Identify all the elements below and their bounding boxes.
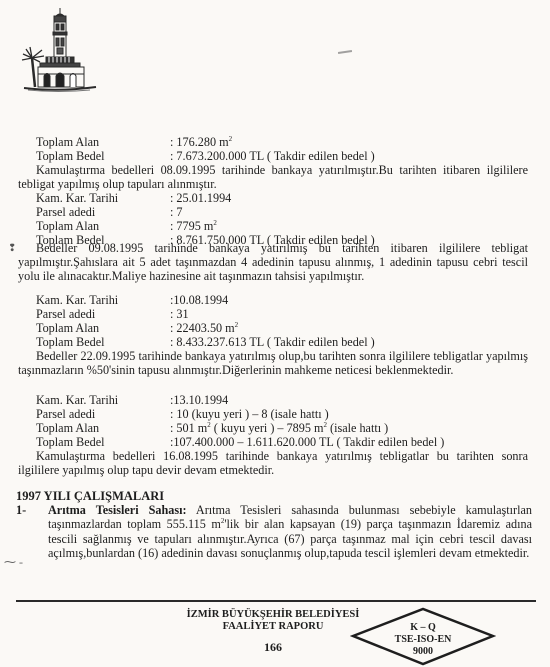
label-toplam-alan: Toplam Alan (36, 421, 99, 435)
value-toplam-bedel: :107.400.000 – 1.611.620.000 TL ( Takdir… (170, 435, 444, 449)
label-toplam-alan: Toplam Alan (36, 219, 99, 233)
label-kam-kar-tarihi: Kam. Kar. Tarihi (36, 393, 118, 407)
paragraph: Kamulaştırma bedelleri 16.08.1995 tarihi… (18, 449, 528, 477)
margin-mark: ❢ (8, 243, 16, 254)
value-toplam-alan: : 7795 m2 (170, 219, 217, 233)
label-parsel-adedi: Parsel adedi (36, 205, 95, 219)
value-kam-kar-tarihi: :10.08.1994 (170, 293, 228, 307)
footer-divider (16, 600, 536, 602)
label-toplam-bedel: Toplam Bedel (36, 435, 105, 449)
value-kam-kar-tarihi: : 25.01.1994 (170, 191, 231, 205)
paragraph: Bedeller 22.09.1995 tarihinde bankaya ya… (18, 349, 528, 377)
value-toplam-alan: : 501 m2 ( kuyu yeri ) – 7895 m2 (isale … (170, 421, 388, 435)
value-parsel-adedi: : 31 (170, 307, 189, 321)
label-parsel-adedi: Parsel adedi (36, 407, 95, 421)
value-toplam-alan: : 176.280 m2 (170, 135, 232, 149)
value-parsel-adedi: : 10 (kuyu yeri ) – 8 (isale hattı ) (170, 407, 329, 421)
value-toplam-alan: : 22403.50 m2 (170, 321, 238, 335)
document-page: Toplam Alan : 176.280 m2 Toplam Bedel : … (0, 0, 550, 667)
value-parsel-adedi: : 7 (170, 205, 183, 219)
section-heading: 1997 YILI ÇALIŞMALARI (16, 489, 164, 504)
label-toplam-alan: Toplam Alan (36, 135, 99, 149)
label-toplam-alan: Toplam Alan (36, 321, 99, 335)
item-body: Arıtma Tesisleri Sahası: Arıtma Tesisler… (48, 503, 532, 560)
label-parsel-adedi: Parsel adedi (36, 307, 95, 321)
value-kam-kar-tarihi: :13.10.1994 (170, 393, 228, 407)
izmir-clock-tower-icon (18, 4, 100, 94)
margin-mark: ⁓ ‐ (4, 555, 23, 570)
item-title: Arıtma Tesisleri Sahası: (48, 503, 187, 517)
paragraph: Bedeller 09.08.1995 tarihinde bankaya ya… (18, 241, 528, 284)
paragraph: Kamulaştırma bedelleri 08.09.1995 tarihi… (18, 163, 528, 191)
label-kam-kar-tarihi: Kam. Kar. Tarihi (36, 293, 118, 307)
page-number: 166 (220, 640, 326, 655)
value-toplam-bedel: : 8.433.237.613 TL ( Takdir edilen bedel… (170, 335, 375, 349)
scan-artifact (338, 50, 352, 54)
value-toplam-bedel: : 7.673.200.000 TL ( Takdir edilen bedel… (170, 149, 375, 163)
item-number: 1- (16, 503, 26, 518)
label-toplam-bedel: Toplam Bedel (36, 335, 105, 349)
label-toplam-bedel: Toplam Bedel (36, 149, 105, 163)
label-kam-kar-tarihi: Kam. Kar. Tarihi (36, 191, 118, 205)
certification-label: K – Q TSE-ISO-EN 9000 (380, 622, 466, 658)
